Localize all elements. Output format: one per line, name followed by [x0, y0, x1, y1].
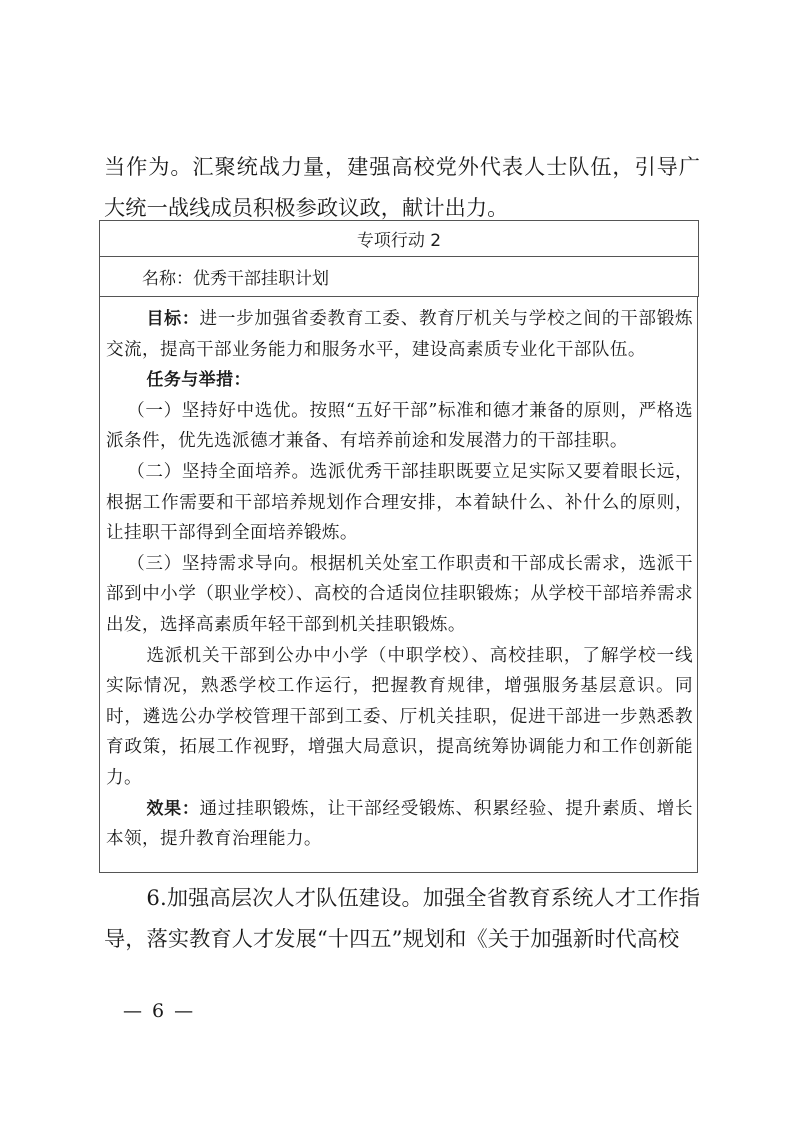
task-item-3: （三）坚持需求导向。根据机关处室工作职责和干部成长需求，选派干部到中小学（职业学… — [106, 549, 693, 641]
box-header-title: 专项行动 2 — [357, 226, 441, 251]
document-page: 当作为。汇聚统战力量，建强高校党外代表人士队伍，引导广大统一战线成员积极参政议政… — [0, 0, 793, 1122]
box-header: 专项行动 2 — [99, 220, 699, 257]
goal-label: 目标： — [146, 309, 199, 329]
box-name-row: 名称：优秀干部挂职计划 — [99, 257, 699, 297]
box-body: 目标：进一步加强省委教育工委、教育厅机关与学校之间的干部锻炼交流，提高干部业务能… — [99, 297, 698, 873]
goal-paragraph: 目标：进一步加强省委教育工委、教育厅机关与学校之间的干部锻炼交流，提高干部业务能… — [106, 304, 693, 365]
tasks-heading: 任务与举措： — [106, 365, 693, 396]
intro-paragraph: 当作为。汇聚统战力量，建强高校党外代表人士队伍，引导广大统一战线成员积极参政议政… — [104, 146, 700, 228]
name-value: 优秀干部挂职计划 — [193, 264, 329, 289]
name-label: 名称： — [142, 264, 193, 289]
task-item-2: （二）坚持全面培养。选派优秀干部挂职既要立足实际又要着眼长远，根据工作需要和干部… — [106, 457, 693, 549]
measures-paragraph: 选派机关干部到公办中小学（中职学校）、高校挂职，了解学校一线实际情况，熟悉学校工… — [106, 641, 693, 794]
effect-paragraph: 效果：通过挂职锻炼，让干部经受锻炼、积累经验、提升素质、增长本领，提升教育治理能… — [106, 794, 693, 855]
tasks-label: 任务与举措： — [146, 370, 250, 390]
page-number: — 6 — — [123, 1000, 195, 1022]
section-6-heading: 6.加强高层次人才队伍建设。 — [104, 885, 423, 910]
section-6-paragraph: 6.加强高层次人才队伍建设。加强全省教育系统人才工作指导，落实教育人才发展“十四… — [104, 877, 700, 959]
task-item-1: （一）坚持好中选优。按照“五好干部”标准和德才兼备的原则，严格选派条件，优先选派… — [106, 396, 693, 457]
effect-label: 效果： — [146, 799, 199, 819]
